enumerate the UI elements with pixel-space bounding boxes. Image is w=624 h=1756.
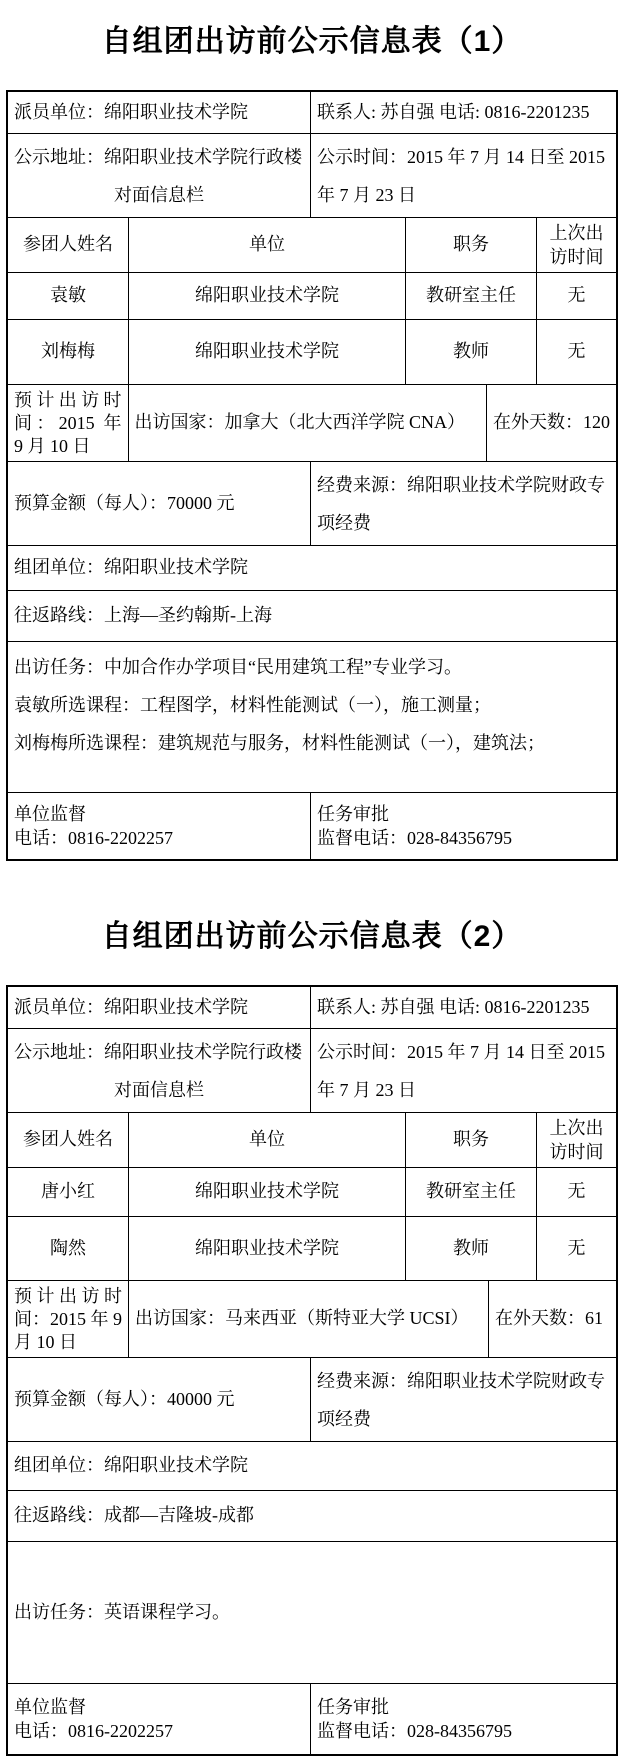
mission-line: 出访任务：中加合作办学项目“民用建筑工程”专业学习。 bbox=[14, 648, 610, 686]
cell-route: 往返路线：上海—圣约翰斯-上海 bbox=[8, 591, 616, 641]
mission-line: 袁敏所选课程：工程图学，材料性能测试（一），施工测量； bbox=[14, 686, 610, 724]
table-row: 组团单位：绵阳职业技术学院 bbox=[8, 545, 616, 590]
form-2-title: 自组团出访前公示信息表（2） bbox=[0, 911, 624, 955]
header-member-name: 参团人姓名 bbox=[8, 218, 128, 272]
cell-contact: 联系人: 苏自强 电话: 0816-2201235 bbox=[310, 987, 616, 1028]
table-row: 预计出访时间：2015 年 9 月 10 日 出访国家：马来西亚（斯特亚大学 U… bbox=[8, 1280, 616, 1357]
cell-funding-source: 经费来源：绵阳职业技术学院财政专项经费 bbox=[310, 462, 616, 545]
member-last-visit: 无 bbox=[536, 1217, 616, 1280]
task-approval-label: 任务审批 bbox=[317, 802, 610, 826]
supervision-row: 单位监督 电话：0816-2202257 任务审批 监督电话：028-84356… bbox=[8, 792, 616, 859]
member-row: 袁敏 绵阳职业技术学院 教研室主任 无 bbox=[8, 272, 616, 319]
header-unit: 单位 bbox=[128, 1113, 405, 1167]
cell-mission: 出访任务：英语课程学习。 bbox=[8, 1542, 616, 1683]
header-unit: 单位 bbox=[128, 218, 405, 272]
member-position: 教研室主任 bbox=[405, 1168, 536, 1216]
notice-address-line2: 对面信息栏 bbox=[14, 176, 304, 214]
supervision-row: 单位监督 电话：0816-2202257 任务审批 监督电话：028-84356… bbox=[8, 1683, 616, 1754]
cell-country: 出访国家：加拿大（北大西洋学院 CNA） bbox=[128, 385, 486, 461]
member-unit: 绵阳职业技术学院 bbox=[128, 1168, 405, 1216]
notice-form-2: 自组团出访前公示信息表（2） 派员单位：绵阳职业技术学院 联系人: 苏自强 电话… bbox=[0, 911, 624, 1756]
member-row: 唐小红 绵阳职业技术学院 教研室主任 无 bbox=[8, 1167, 616, 1216]
table-row: 公示地址：绵阳职业技术学院行政楼 对面信息栏 公示时间：2015 年 7 月 1… bbox=[8, 1028, 616, 1112]
table-row: 往返路线：上海—圣约翰斯-上海 bbox=[8, 590, 616, 641]
cell-unit-supervision: 单位监督 电话：0816-2202257 bbox=[8, 1684, 310, 1754]
member-unit: 绵阳职业技术学院 bbox=[128, 273, 405, 319]
header-last-visit: 上次出访时间 bbox=[536, 1113, 616, 1167]
task-approval-label: 任务审批 bbox=[317, 1695, 610, 1719]
cell-mission: 出访任务：中加合作办学项目“民用建筑工程”专业学习。 袁敏所选课程：工程图学，材… bbox=[8, 642, 616, 792]
unit-supervision-phone: 电话：0816-2202257 bbox=[14, 1719, 304, 1743]
cell-sender-unit: 派员单位：绵阳职业技术学院 bbox=[8, 92, 310, 133]
cell-task-approval: 任务审批 监督电话：028-84356795 bbox=[310, 1684, 616, 1754]
cell-unit-supervision: 单位监督 电话：0816-2202257 bbox=[8, 793, 310, 859]
form-2-table: 派员单位：绵阳职业技术学院 联系人: 苏自强 电话: 0816-2201235 … bbox=[6, 985, 618, 1756]
cell-budget: 预算金额（每人）：40000 元 bbox=[8, 1358, 310, 1441]
unit-supervision-label: 单位监督 bbox=[14, 1695, 304, 1719]
cell-budget: 预算金额（每人）：70000 元 bbox=[8, 462, 310, 545]
table-row: 预计出访时间：2015 年 9 月 10 日 出访国家：加拿大（北大西洋学院 C… bbox=[8, 384, 616, 461]
header-member-name: 参团人姓名 bbox=[8, 1113, 128, 1167]
header-position: 职务 bbox=[405, 218, 536, 272]
mission-row: 出访任务：中加合作办学项目“民用建筑工程”专业学习。 袁敏所选课程：工程图学，材… bbox=[8, 641, 616, 792]
table-row: 组团单位：绵阳职业技术学院 bbox=[8, 1441, 616, 1490]
member-position: 教师 bbox=[405, 320, 536, 384]
cell-notice-time: 公示时间：2015 年 7 月 14 日至 2015 年 7 月 23 日 bbox=[310, 1029, 616, 1112]
members-header-row: 参团人姓名 单位 职务 上次出访时间 bbox=[8, 217, 616, 272]
header-last-visit: 上次出访时间 bbox=[536, 218, 616, 272]
member-last-visit: 无 bbox=[536, 1168, 616, 1216]
notice-address-line2: 对面信息栏 bbox=[14, 1071, 304, 1109]
cell-days-abroad: 在外天数：61 bbox=[488, 1281, 616, 1357]
member-name: 陶然 bbox=[8, 1217, 128, 1280]
table-row: 往返路线：成都—吉隆坡-成都 bbox=[8, 1490, 616, 1541]
member-position: 教研室主任 bbox=[405, 273, 536, 319]
cell-days-abroad: 在外天数：120 bbox=[486, 385, 616, 461]
table-row: 预算金额（每人）：70000 元 经费来源：绵阳职业技术学院财政专项经费 bbox=[8, 461, 616, 545]
unit-supervision-phone: 电话：0816-2202257 bbox=[14, 826, 304, 850]
member-name: 唐小红 bbox=[8, 1168, 128, 1216]
member-row: 陶然 绵阳职业技术学院 教师 无 bbox=[8, 1216, 616, 1280]
task-approval-phone: 监督电话：028-84356795 bbox=[317, 826, 610, 850]
member-row: 刘梅梅 绵阳职业技术学院 教师 无 bbox=[8, 319, 616, 384]
notice-form-1: 自组团出访前公示信息表（1） 派员单位：绵阳职业技术学院 联系人: 苏自强 电话… bbox=[0, 16, 624, 861]
members-header-row: 参团人姓名 单位 职务 上次出访时间 bbox=[8, 1112, 616, 1167]
mission-line: 出访任务：英语课程学习。 bbox=[14, 1599, 610, 1627]
mission-row: 出访任务：英语课程学习。 bbox=[8, 1541, 616, 1683]
header-position: 职务 bbox=[405, 1113, 536, 1167]
cell-route: 往返路线：成都—吉隆坡-成都 bbox=[8, 1491, 616, 1541]
task-approval-phone: 监督电话：028-84356795 bbox=[317, 1719, 610, 1743]
cell-task-approval: 任务审批 监督电话：028-84356795 bbox=[310, 793, 616, 859]
notice-address-line1: 公示地址：绵阳职业技术学院行政楼 bbox=[14, 138, 304, 176]
notice-address-line1: 公示地址：绵阳职业技术学院行政楼 bbox=[14, 1033, 304, 1071]
form-1-title: 自组团出访前公示信息表（1） bbox=[0, 16, 624, 60]
member-unit: 绵阳职业技术学院 bbox=[128, 1217, 405, 1280]
member-last-visit: 无 bbox=[536, 320, 616, 384]
cell-organizer: 组团单位：绵阳职业技术学院 bbox=[8, 546, 616, 590]
cell-funding-source: 经费来源：绵阳职业技术学院财政专项经费 bbox=[310, 1358, 616, 1441]
member-position: 教师 bbox=[405, 1217, 536, 1280]
cell-expected-time: 预计出访时间：2015 年 9 月 10 日 bbox=[8, 1281, 128, 1357]
table-row: 公示地址：绵阳职业技术学院行政楼 对面信息栏 公示时间：2015 年 7 月 1… bbox=[8, 133, 616, 217]
cell-notice-address: 公示地址：绵阳职业技术学院行政楼 对面信息栏 bbox=[8, 1029, 310, 1112]
cell-notice-address: 公示地址：绵阳职业技术学院行政楼 对面信息栏 bbox=[8, 134, 310, 217]
mission-line: 刘梅梅所选课程：建筑规范与服务，材料性能测试（一），建筑法； bbox=[14, 724, 610, 762]
member-last-visit: 无 bbox=[536, 273, 616, 319]
table-row: 派员单位：绵阳职业技术学院 联系人: 苏自强 电话: 0816-2201235 bbox=[8, 92, 616, 133]
cell-expected-time: 预计出访时间：2015 年 9 月 10 日 bbox=[8, 385, 128, 461]
cell-sender-unit: 派员单位：绵阳职业技术学院 bbox=[8, 987, 310, 1028]
cell-contact: 联系人: 苏自强 电话: 0816-2201235 bbox=[310, 92, 616, 133]
member-name: 刘梅梅 bbox=[8, 320, 128, 384]
unit-supervision-label: 单位监督 bbox=[14, 802, 304, 826]
cell-organizer: 组团单位：绵阳职业技术学院 bbox=[8, 1442, 616, 1490]
table-row: 预算金额（每人）：40000 元 经费来源：绵阳职业技术学院财政专项经费 bbox=[8, 1357, 616, 1441]
cell-country: 出访国家：马来西亚（斯特亚大学 UCSI） bbox=[128, 1281, 488, 1357]
member-name: 袁敏 bbox=[8, 273, 128, 319]
member-unit: 绵阳职业技术学院 bbox=[128, 320, 405, 384]
cell-notice-time: 公示时间：2015 年 7 月 14 日至 2015 年 7 月 23 日 bbox=[310, 134, 616, 217]
table-row: 派员单位：绵阳职业技术学院 联系人: 苏自强 电话: 0816-2201235 bbox=[8, 987, 616, 1028]
form-1-table: 派员单位：绵阳职业技术学院 联系人: 苏自强 电话: 0816-2201235 … bbox=[6, 90, 618, 861]
